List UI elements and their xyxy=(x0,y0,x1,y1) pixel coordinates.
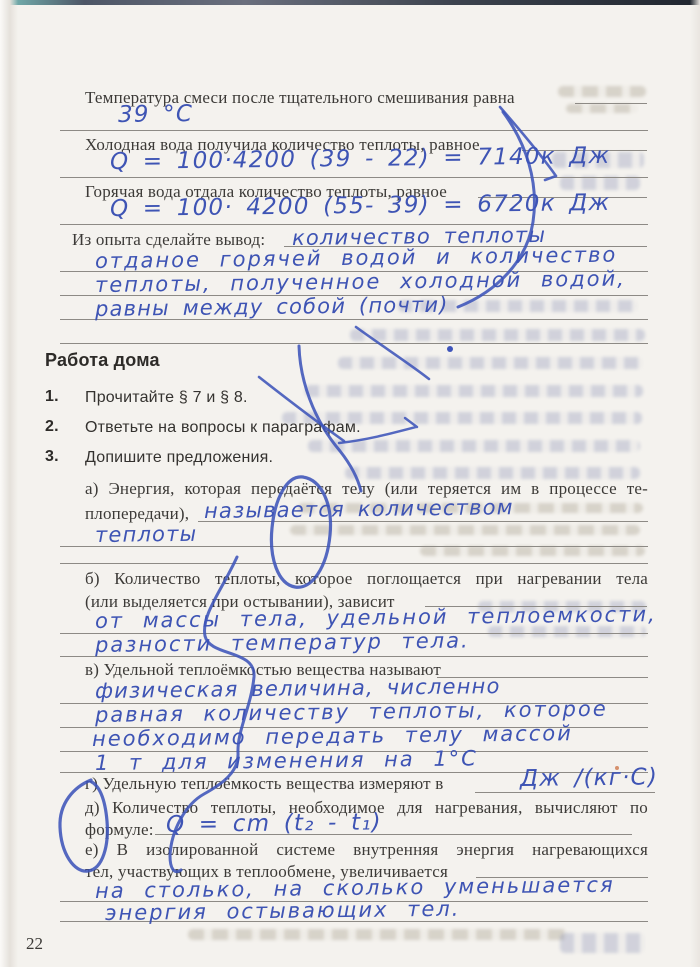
handwritten-task-a-line: называется количеством xyxy=(204,495,514,523)
handwritten-hot-formula: Q = 100· 4200 (55- 39) = 6720к Дж xyxy=(110,190,611,222)
bleed-through xyxy=(420,546,645,556)
handwritten-task-d-formula: Q = cm (t₂ - t₁) xyxy=(166,809,382,838)
answer-line xyxy=(60,130,648,131)
handwritten-temperature: 39 °С xyxy=(118,101,193,128)
answer-line xyxy=(575,103,647,104)
scan-edge-top xyxy=(0,0,700,5)
homework-heading: Работа дома xyxy=(45,350,160,370)
bleed-through xyxy=(560,933,645,953)
task-b-text: б) Количество теплоты, которое поглощает… xyxy=(85,569,648,588)
homework-item-number: 2. xyxy=(45,418,59,436)
bleed-through xyxy=(290,525,640,535)
page-number: 22 xyxy=(26,934,43,954)
task-a-text2: плопередачи), xyxy=(85,504,189,523)
bleed-through xyxy=(350,329,645,341)
bleed-through xyxy=(188,929,568,940)
homework-item-answer-questions: Ответьте на вопросы к параграфам. xyxy=(85,419,361,437)
task-d-text2: формуле: xyxy=(85,820,154,839)
handwritten-conclusion-line: теплоты, полученное холодной водой, xyxy=(95,267,626,297)
task-e-text: е) В изолированной системе внутренняя эн… xyxy=(85,840,648,859)
task-a-text: а) Энергия, которая передаётся телу (или… xyxy=(85,479,648,498)
homework-item-complete-sentences: Допишите предложения. xyxy=(85,449,273,467)
homework-item-read: Прочитайте § 7 и § 8. xyxy=(85,389,248,407)
page-curve-left xyxy=(0,0,18,967)
handwritten-cold-formula: Q = 100·4200 (39 - 22) = 7140к Дж xyxy=(110,143,611,175)
bleed-through xyxy=(558,86,646,97)
bleed-through xyxy=(305,385,643,397)
handwritten-task-v-line: необходимо передать телу массой xyxy=(92,721,573,751)
bleed-through xyxy=(338,357,643,369)
workbook-page: Температура смеси после тщательного смеш… xyxy=(0,0,700,967)
pen-stroke xyxy=(356,327,429,379)
handwritten-task-a-line: теплоты xyxy=(95,522,198,547)
handwritten-conclusion-line: равны между собой (почти) xyxy=(95,293,449,321)
answer-line xyxy=(60,343,648,344)
homework-item-number: 1. xyxy=(45,388,59,406)
answer-line xyxy=(60,177,648,178)
bleed-through xyxy=(345,467,640,479)
bleed-through xyxy=(560,176,640,190)
page-edge-right xyxy=(690,0,700,967)
handwritten-task-e-line: энергия остывающих тел. xyxy=(105,897,461,925)
handwritten-task-g-units: Дж /(кг·С) xyxy=(520,764,658,792)
bleed-through xyxy=(308,440,640,452)
handwritten-task-b-line: разности температур тела. xyxy=(95,628,470,657)
homework-item-number: 3. xyxy=(45,448,59,466)
answer-line xyxy=(475,792,655,793)
bleed-through xyxy=(566,104,638,113)
task-g-text: г) Удельную теплоёмкость вещества измеря… xyxy=(85,774,443,793)
handwritten-task-v-line: 1 т для изменения на 1°С xyxy=(95,746,478,775)
conclusion-prompt: Из опыта сделайте вывод: xyxy=(72,230,265,249)
answer-line xyxy=(60,563,648,564)
pen-dot xyxy=(447,346,453,352)
